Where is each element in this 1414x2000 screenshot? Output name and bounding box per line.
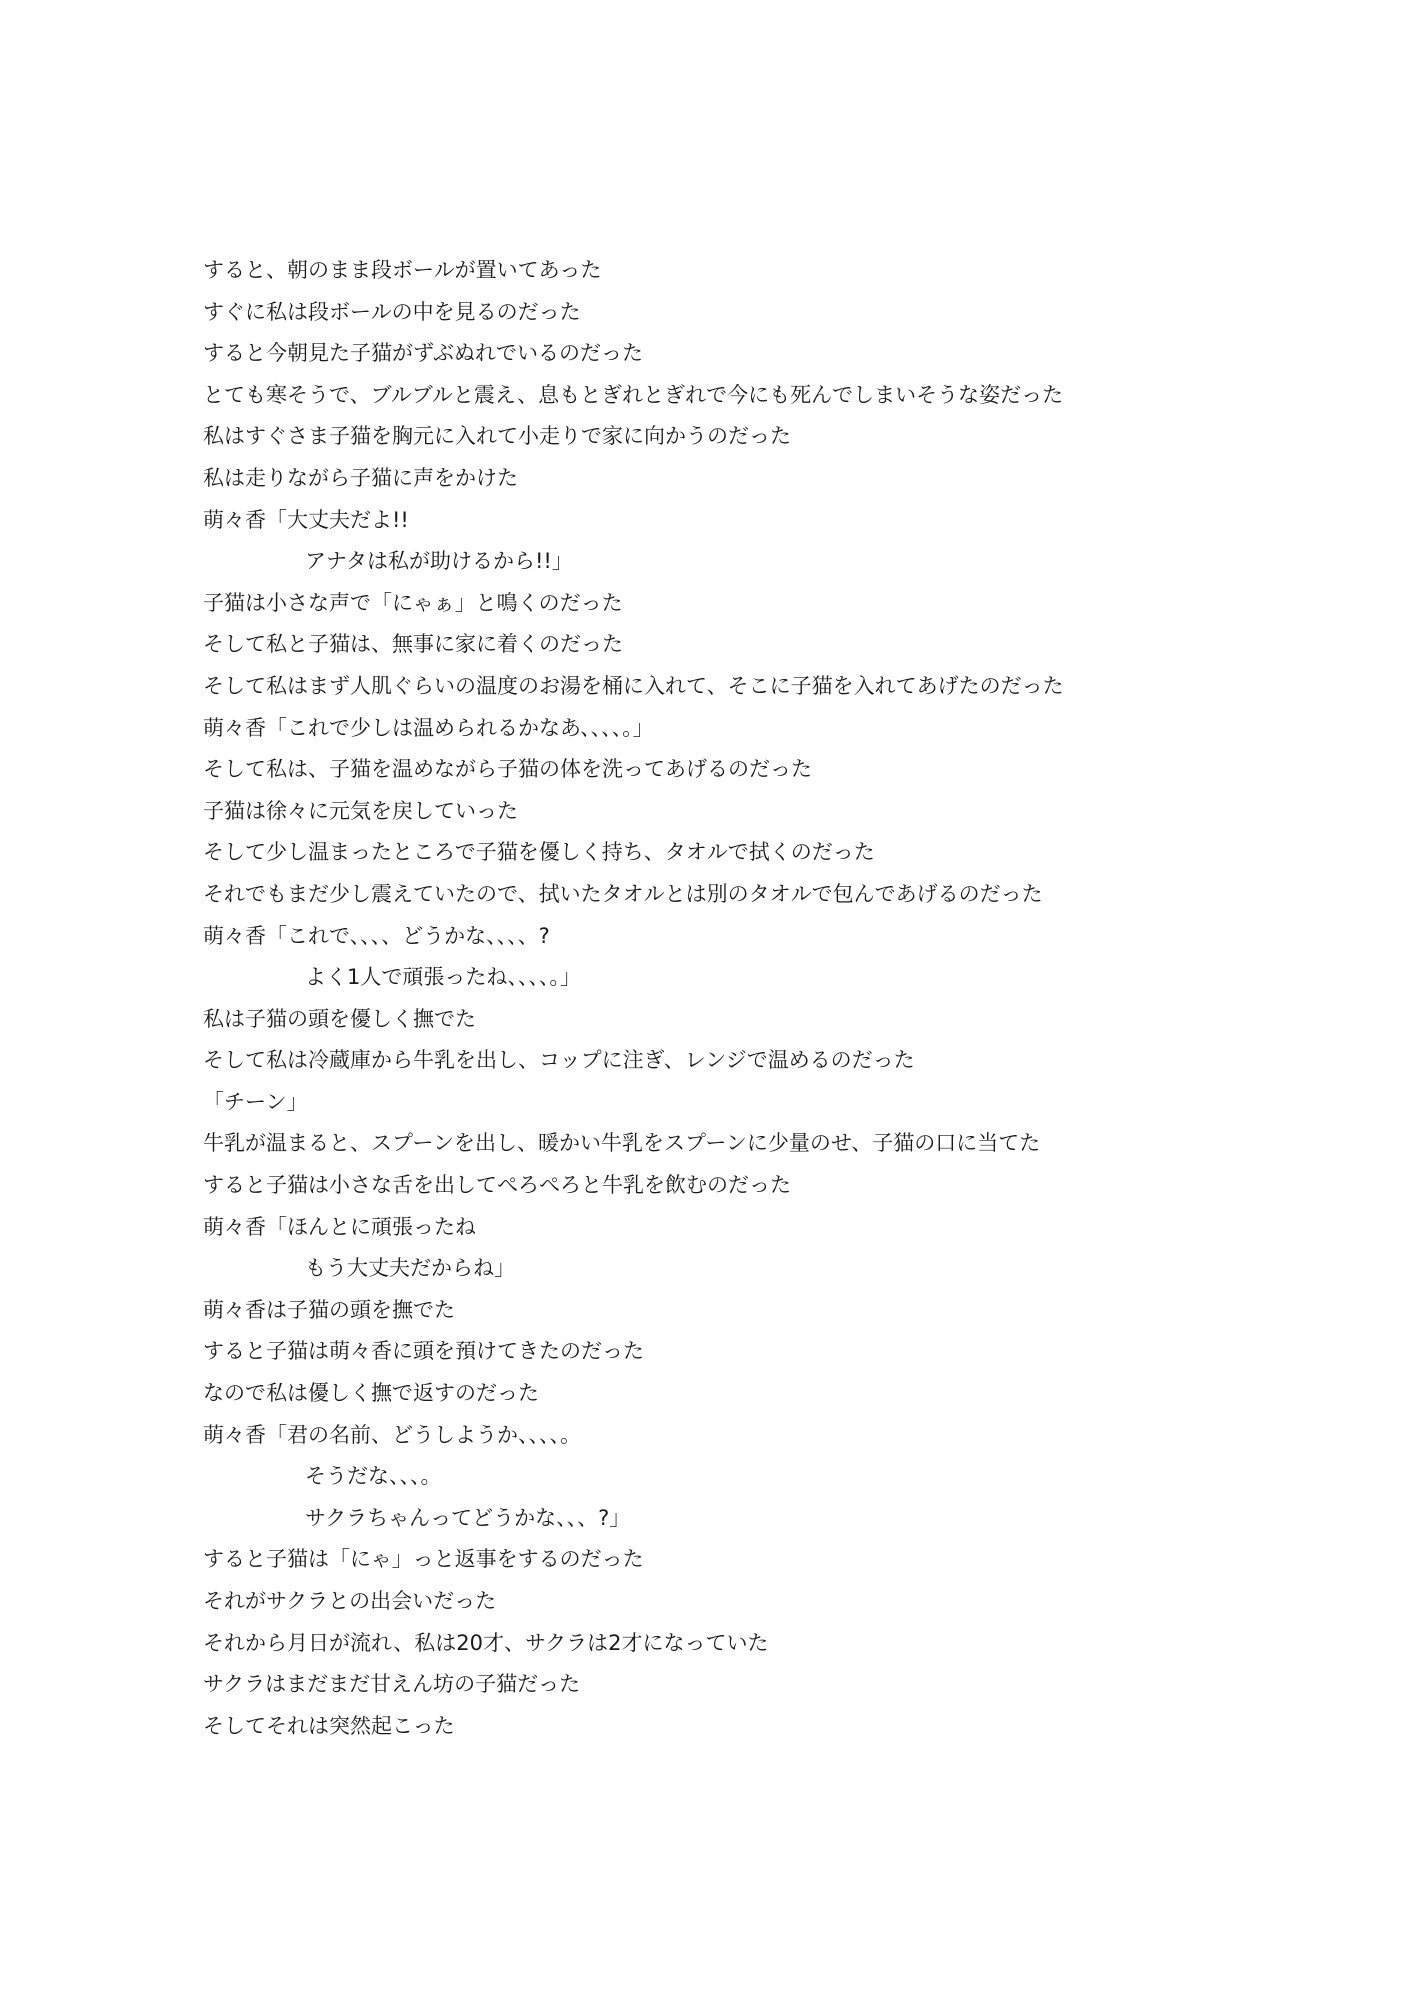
text-line: 私はすぐさま子猫を胸元に入れて小走りで家に向かうのだった [203,416,1213,458]
text-line: すると今朝見た子猫がずぶぬれでいるのだった [203,333,1213,375]
dialogue-continuation-line: そうだな、、、。 [203,1456,1213,1498]
sound-effect-line: 「チーン」 [203,1082,1213,1124]
dialogue-continuation-line: サクラちゃんってどうかな、、、?」 [203,1498,1213,1540]
text-line: そして私と子猫は、無事に家に着くのだった [203,624,1213,666]
text-line: すると子猫は小さな舌を出してぺろぺろと牛乳を飲むのだった [203,1165,1213,1207]
text-line: とても寒そうで、ブルブルと震え、息もとぎれとぎれで今にも死んでしまいそうな姿だっ… [203,375,1213,417]
dialogue-line: 萌々香「大丈夫だよ!! [203,500,1213,542]
story-text-body: すると、朝のまま段ボールが置いてあった すぐに私は段ボールの中を見るのだった す… [203,250,1213,1747]
text-line: それがサクラとの出会いだった [203,1581,1213,1623]
text-line: サクラはまだまだ甘えん坊の子猫だった [203,1664,1213,1706]
text-line: 私は走りながら子猫に声をかけた [203,458,1213,500]
text-line: 私は子猫の頭を優しく撫でた [203,999,1213,1041]
text-line: そして私はまず人肌ぐらいの温度のお湯を桶に入れて、そこに子猫を入れてあげたのだっ… [203,666,1213,708]
dialogue-line: 萌々香「これで、、、、どうかな、、、、? [203,916,1213,958]
dialogue-continuation-line: アナタは私が助けるから!!」 [203,541,1213,583]
text-line: すると子猫は「にゃ」っと返事をするのだった [203,1539,1213,1581]
text-line: それでもまだ少し震えていたので、拭いたタオルとは別のタオルで包んであげるのだった [203,874,1213,916]
dialogue-continuation-line: もう大丈夫だからね」 [203,1248,1213,1290]
text-line: なので私は優しく撫で返すのだった [203,1373,1213,1415]
text-line: すぐに私は段ボールの中を見るのだった [203,292,1213,334]
text-line: 牛乳が温まると、スプーンを出し、暖かい牛乳をスプーンに少量のせ、子猫の口に当てた [203,1123,1213,1165]
text-line: それから月日が流れ、私は20才、サクラは2才になっていた [203,1623,1213,1665]
text-line: すると、朝のまま段ボールが置いてあった [203,250,1213,292]
dialogue-line: 萌々香「これで少しは温められるかなあ、、、、。」 [203,708,1213,750]
dialogue-line: 萌々香「ほんとに頑張ったね [203,1207,1213,1249]
dialogue-line: 萌々香「君の名前、どうしようか、、、、。 [203,1415,1213,1457]
text-line: すると子猫は萌々香に頭を預けてきたのだった [203,1331,1213,1373]
text-line: そして少し温まったところで子猫を優しく持ち、タオルで拭くのだった [203,832,1213,874]
text-line: そして私は、子猫を温めながら子猫の体を洗ってあげるのだった [203,749,1213,791]
document-page: すると、朝のまま段ボールが置いてあった すぐに私は段ボールの中を見るのだった す… [0,0,1414,2000]
text-line: 萌々香は子猫の頭を撫でた [203,1290,1213,1332]
text-line: そして私は冷蔵庫から牛乳を出し、コップに注ぎ、レンジで温めるのだった [203,1040,1213,1082]
text-line: 子猫は小さな声で「にゃぁ」と鳴くのだった [203,583,1213,625]
text-line: そしてそれは突然起こった [203,1706,1213,1748]
text-line: 子猫は徐々に元気を戻していった [203,791,1213,833]
dialogue-continuation-line: よく1人で頑張ったね、、、、。」 [203,957,1213,999]
